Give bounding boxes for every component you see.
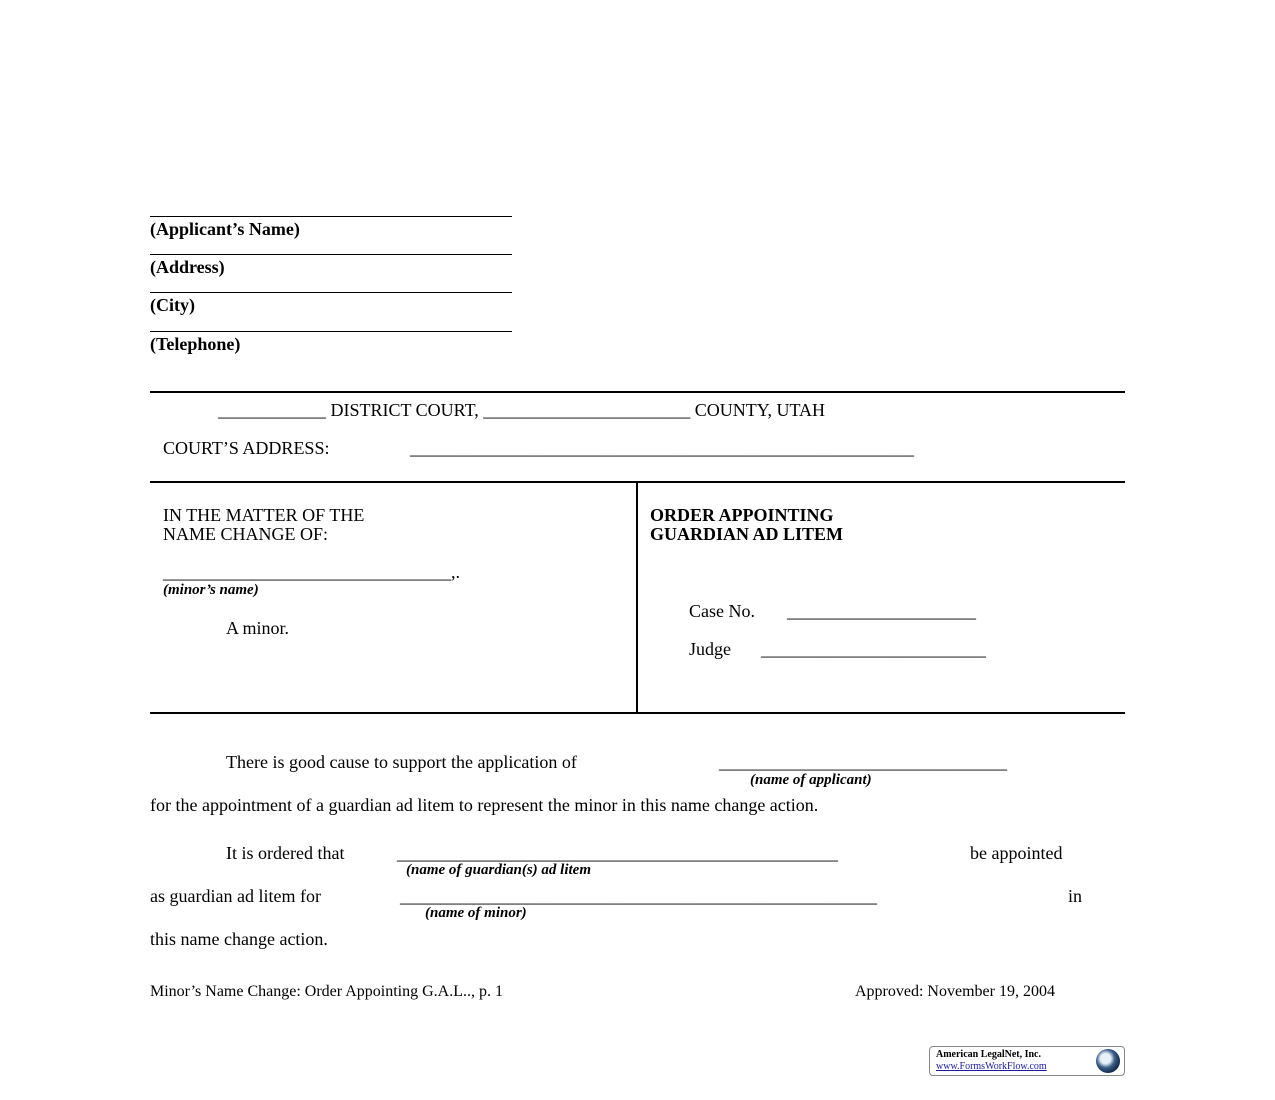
good-cause-text: There is good cause to support the appli… [226, 752, 577, 773]
judge-label: Judge [689, 639, 731, 660]
applicant-name-blank[interactable] [150, 216, 512, 217]
address-label: (Address) [150, 257, 225, 278]
appointment-text: for the appointment of a guardian ad lit… [150, 795, 818, 816]
globe-icon [1096, 1049, 1120, 1073]
in-text: in [1068, 886, 1082, 907]
logo-company-name: American LegalNet, Inc. [936, 1049, 1041, 1060]
judge-blank[interactable]: _________________________ [761, 639, 986, 660]
logo-url-link[interactable]: www.FormsWorkFlow.com [936, 1061, 1047, 1072]
order-title-line-2: GUARDIAN AD LITEM [650, 524, 843, 545]
telephone-blank[interactable] [150, 331, 512, 332]
court-address-label: COURT’S ADDRESS: [163, 438, 329, 459]
matter-line-2: NAME CHANGE OF: [163, 524, 328, 545]
applicant-name-label: (Applicant’s Name) [150, 219, 300, 240]
minor-name-label: (minor’s name) [163, 582, 259, 599]
guardian-name-field[interactable]: ________________________________________… [397, 843, 838, 864]
address-blank[interactable] [150, 254, 512, 255]
footer-approved: Approved: November 19, 2004 [855, 983, 1055, 1001]
guardian-name-sublabel: (name of guardian(s) ad litem [406, 862, 591, 879]
footer-left: Minor’s Name Change: Order Appointing G.… [150, 983, 503, 1001]
court-header-top-rule [150, 391, 1125, 393]
a-minor-text: A minor. [226, 618, 289, 639]
be-appointed-text: be appointed [970, 843, 1062, 864]
minor-name-blank[interactable]: ________________________________,. [163, 562, 460, 583]
caption-divider [636, 482, 638, 713]
minor-name-field[interactable]: ________________________________________… [400, 886, 877, 907]
applicant-name-sublabel: (name of applicant) [750, 772, 872, 789]
order-title-line-1: ORDER APPOINTING [650, 505, 834, 526]
district-court-line: ____________ DISTRICT COURT, ___________… [218, 400, 825, 421]
ordered-text: It is ordered that [226, 843, 344, 864]
caption-bottom-rule [150, 712, 1125, 714]
telephone-label: (Telephone) [150, 334, 240, 355]
american-legalnet-logo[interactable]: American LegalNet, Inc. www.FormsWorkFlo… [929, 1046, 1125, 1076]
court-address-blank[interactable]: ________________________________________… [410, 438, 914, 459]
name-change-action-text: this name change action. [150, 929, 328, 950]
case-no-label: Case No. [689, 601, 755, 622]
city-label: (City) [150, 295, 195, 316]
applicant-name-field[interactable]: ________________________________ [719, 752, 1007, 773]
matter-line-1: IN THE MATTER OF THE [163, 505, 364, 526]
guardian-for-text: as guardian ad litem for [150, 886, 321, 907]
minor-name-sublabel: (name of minor) [425, 905, 527, 922]
case-no-blank[interactable]: _____________________ [787, 601, 976, 622]
city-blank[interactable] [150, 292, 512, 293]
